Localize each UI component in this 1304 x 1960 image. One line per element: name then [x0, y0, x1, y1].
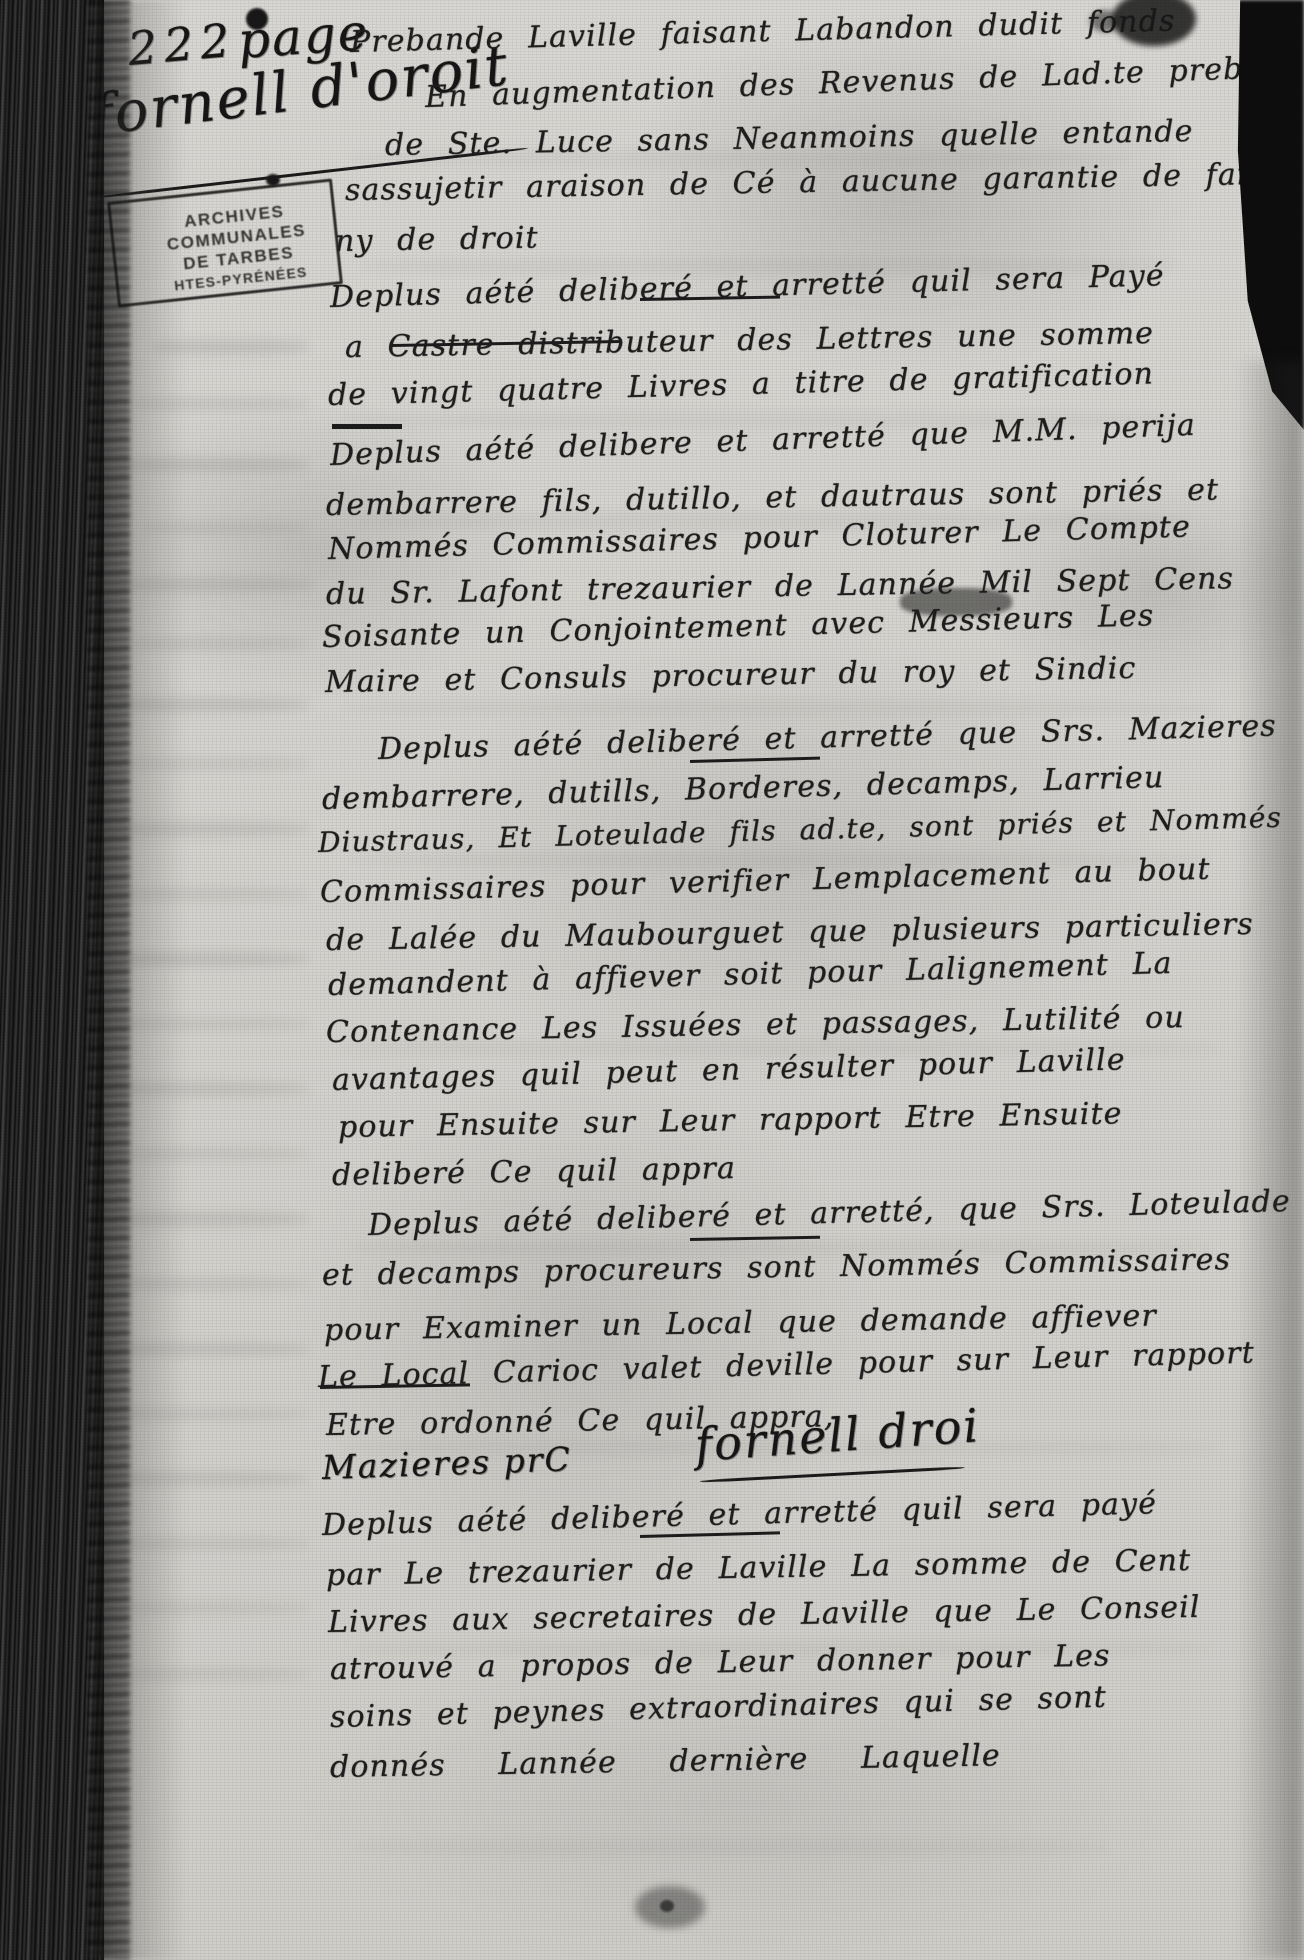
ink-bleedthrough — [350, 1840, 1110, 1856]
manuscript-scan: 222 page fornell d'oroit ARCHIVES COMMUN… — [0, 0, 1304, 1960]
ink-blot — [900, 588, 1012, 616]
ink-spot — [246, 8, 268, 30]
page-edge-shade — [1238, 360, 1304, 1960]
bottom-smudge — [660, 1900, 674, 1912]
manuscript-line: deliberé Ce quil appra — [332, 1151, 737, 1193]
manuscript-line: ny de droit — [335, 220, 539, 259]
ink-spot — [266, 174, 280, 186]
book-binding-shadow — [96, 0, 186, 1960]
fingerprint-smudge — [1090, 10, 1120, 32]
underline-mark — [332, 424, 402, 429]
